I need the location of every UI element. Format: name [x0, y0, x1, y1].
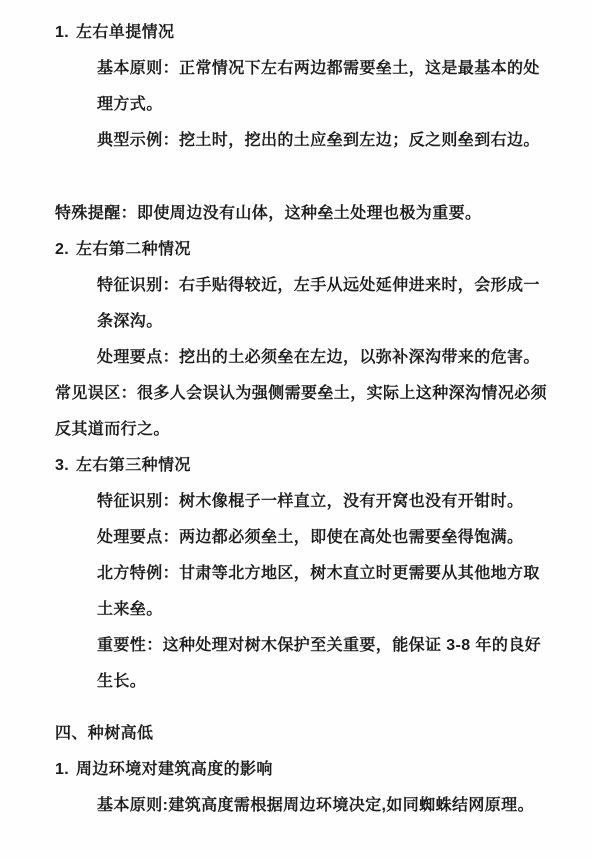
- list-item-label: 周边环境对建筑高度的影响: [76, 761, 273, 778]
- paragraph-line: 特征识别：树木像棍子一样直立，没有开窝也没有开钳时。: [0, 484, 592, 520]
- list-item: 1.周边环境对建筑高度的影响: [0, 752, 592, 788]
- list-marker: 2.: [55, 232, 76, 268]
- list-marker: 3.: [55, 448, 76, 484]
- section-heading: 四、种树高低: [0, 716, 592, 752]
- list-marker: 1.: [55, 15, 76, 51]
- list-item-label: 左右第三种情况: [76, 457, 191, 474]
- spacer: [0, 700, 592, 716]
- paragraph-line: 土来垒。: [0, 592, 592, 628]
- paragraph-line: 重要性：这种处理对树木保护至关重要，能保证 3-8 年的良好: [0, 628, 592, 664]
- paragraph-line: 基本原则：正常情况下左右两边都需要垒土，这是最基本的处: [0, 51, 592, 87]
- list-item-label: 左右第二种情况: [76, 241, 191, 258]
- paragraph-line: 条深沟。: [0, 304, 592, 340]
- paragraph-line: 处理要点：两边都必须垒土，即使在高处也需要垒得饱满。: [0, 520, 592, 556]
- paragraph-line: 特殊提醒：即使周边没有山体，这种垒土处理也极为重要。: [0, 196, 592, 232]
- paragraph-line: 常见误区：很多人会误认为强侧需要垒土，实际上这种深沟情况必须: [0, 376, 592, 412]
- paragraph-line: 处理要点：挖出的土必须垒在左边，以弥补深沟带来的危害。: [0, 340, 592, 376]
- paragraph-line: 基本原则:建筑高度需根据周边环境决定,如同蜘蛛结网原理。: [0, 788, 592, 824]
- paragraph-line: 特征识别：右手贴得较近，左手从远处延伸进来时，会形成一: [0, 268, 592, 304]
- paragraph-line: 典型示例：挖土时，挖出的土应垒到左边；反之则垒到右边。: [0, 123, 592, 159]
- spacer: [0, 159, 592, 196]
- list-marker: 1.: [55, 752, 76, 788]
- document-page: 1.左右单提情况基本原则：正常情况下左右两边都需要垒土，这是最基本的处理方式。典…: [0, 0, 592, 859]
- list-item-label: 左右单提情况: [76, 24, 174, 41]
- document-content: 1.左右单提情况基本原则：正常情况下左右两边都需要垒土，这是最基本的处理方式。典…: [0, 15, 592, 824]
- paragraph-line: 理方式。: [0, 87, 592, 123]
- paragraph-line: 生长。: [0, 664, 592, 700]
- section-heading-text: 四、种树高低: [55, 725, 153, 742]
- list-item: 1.左右单提情况: [0, 15, 592, 51]
- list-item: 2.左右第二种情况: [0, 232, 592, 268]
- list-item: 3.左右第三种情况: [0, 448, 592, 484]
- paragraph-line: 反其道而行之。: [0, 412, 592, 448]
- paragraph-line: 北方特例：甘肃等北方地区，树木直立时更需要从其他地方取: [0, 556, 592, 592]
